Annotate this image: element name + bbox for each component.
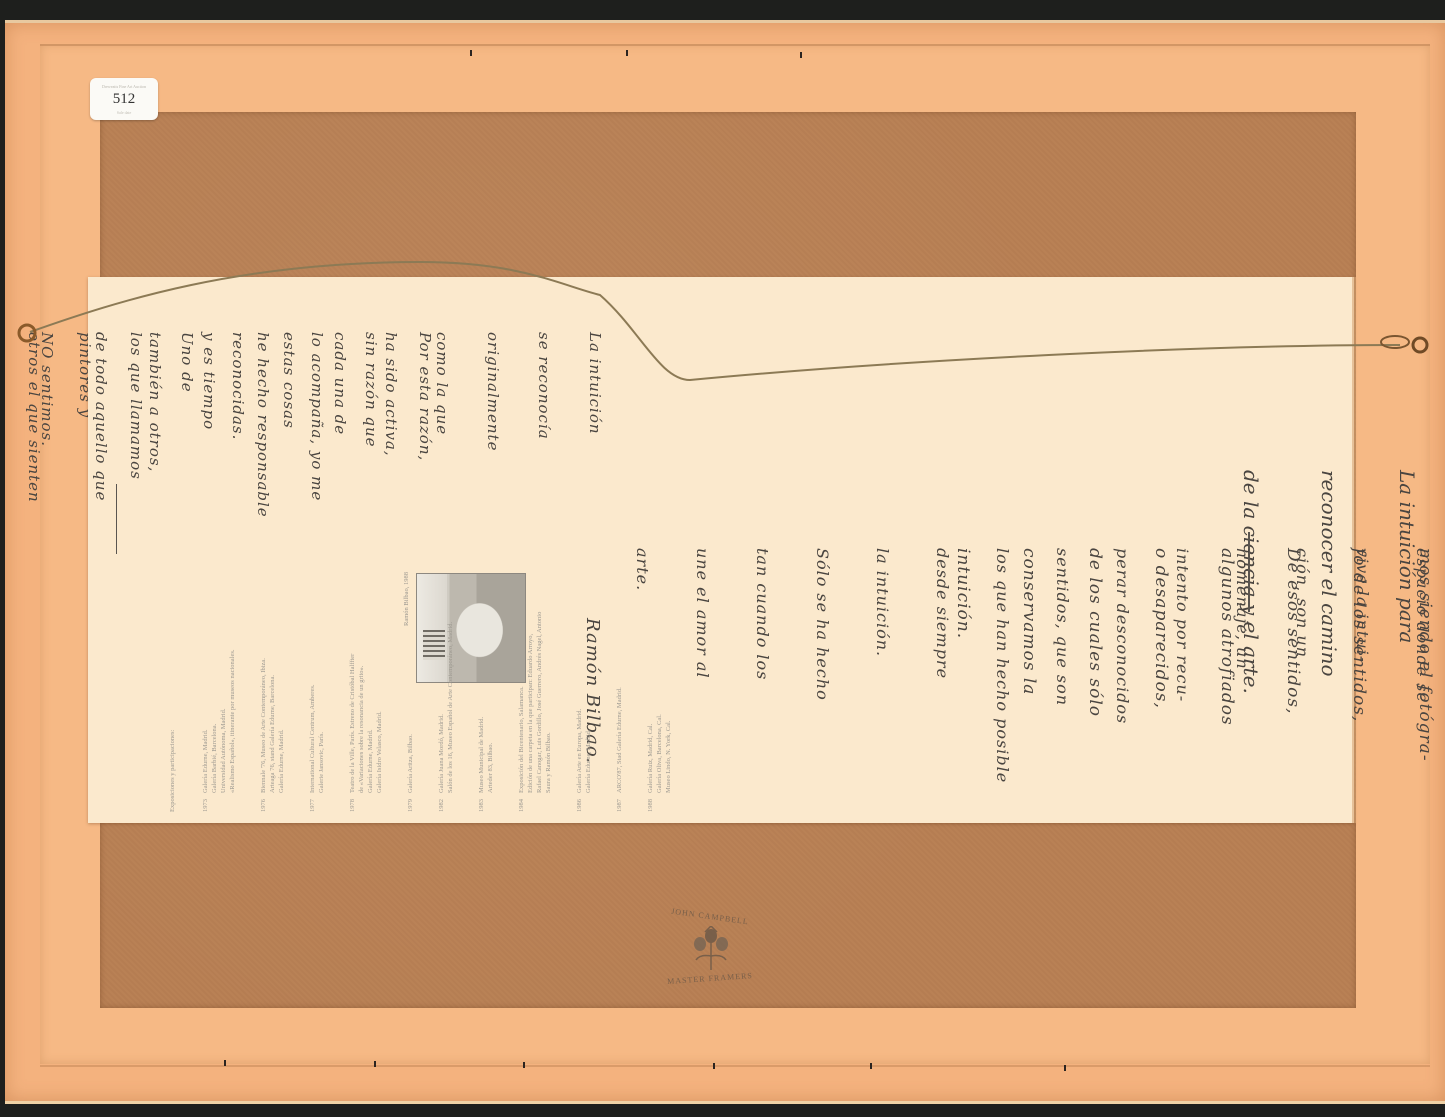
exhibition-year: 1977	[308, 799, 326, 812]
exhibition-year: 1988	[646, 799, 673, 812]
exhibition-entry: 1979 Galería Aritza, Bilbao.	[406, 572, 415, 812]
exhibition-year: 1976	[259, 799, 286, 812]
exhibition-year: 1979	[406, 799, 415, 812]
handwritten-line: se reconocía	[535, 332, 552, 554]
stamp-bottom-text: MASTER FRAMERS	[665, 971, 755, 986]
exhibition-year: 1973	[201, 799, 237, 812]
tack	[523, 1062, 525, 1068]
tack	[374, 1061, 376, 1067]
exhibition-text: Galería Ruiz, Madrid, Cal. Galería Oliva…	[646, 714, 673, 793]
tack	[626, 50, 628, 56]
handwritten-line: perar desconocidos	[1112, 548, 1132, 808]
handwritten-line: la intuición.	[872, 548, 892, 808]
exhibition-entry: 1986 Galería Arte en Europa, Madrid. Gal…	[575, 572, 593, 812]
handwritten-line: sentidos, que son	[1052, 548, 1072, 808]
handwritten-line: homenaje, un	[1232, 548, 1252, 808]
lot-label-footer: Sale date	[90, 110, 158, 115]
exhibition-heading: Exposiciones y participaciones:	[168, 572, 177, 812]
handwritten-line: intento por recu-	[1172, 548, 1192, 808]
handwritten-line: une el amor al	[692, 548, 712, 808]
exhibition-text: Museo Municipal de Madrid. Arteder 83, B…	[477, 717, 495, 793]
exhibition-entry: 1988 Galería Ruiz, Madrid, Cal. Galería …	[646, 572, 673, 812]
exhibition-entry: 1978 Teatro de la Ville, París. Estreno …	[348, 572, 384, 812]
tack	[470, 50, 472, 56]
exhibition-text: International Cultural Centrum, Amberes.…	[308, 685, 326, 794]
handwritten-line: también a otros,	[146, 332, 164, 554]
exhibition-text: Galería Juana Mordó, Madrid. Salón de lo…	[437, 622, 455, 793]
thistle-icon	[692, 926, 730, 970]
handwritten-line: ción, son un	[1292, 548, 1312, 808]
exhibition-text: Biennale '76, Museo de Arte Contemporáne…	[259, 658, 286, 793]
handwritten-line: espacio donde se	[1412, 548, 1432, 808]
tack	[224, 1060, 226, 1066]
handwritten-line: desde siempre	[932, 548, 952, 808]
framer-stamp: JOHN CAMPBELL MASTER FRAMERS	[665, 912, 755, 992]
exhibition-text: Exposición del Bicentenario, Salamanca. …	[517, 612, 553, 793]
lot-number: 512	[90, 91, 158, 108]
exhibition-year: 1983	[477, 799, 495, 812]
exhibition-entry: 1987 ARCO'87, Stad Galería Edurne, Madri…	[615, 572, 624, 812]
tape-edge-bottom	[40, 1065, 1430, 1067]
exhibition-text: Galería Aritza, Bilbao.	[406, 734, 415, 793]
exhibition-year: 1987	[615, 799, 624, 812]
exhibition-year: 1986	[575, 799, 593, 812]
exhibition-year: 1982	[437, 799, 455, 812]
exhibition-list: Exposiciones y participaciones: 1973 Gal…	[150, 572, 395, 812]
handwritten-line: tan cuando los	[752, 548, 772, 808]
handwritten-line: de todo aquello que	[92, 332, 110, 554]
handwritten-line: vive la intui-	[1352, 548, 1372, 808]
lot-label: Dreweatts Fine Art Auction 512 Sale date	[90, 78, 158, 120]
handwritten-line: sin razón que	[362, 332, 380, 554]
handwritten-line: Por esta razón,	[416, 332, 434, 554]
handwritten-line: lo acompaña, yo me	[308, 332, 326, 554]
exhibition-entry: 1982 Galería Juana Mordó, Madrid. Salón …	[437, 572, 455, 812]
tack	[870, 1063, 872, 1069]
handwritten-line: originalmente	[484, 332, 501, 554]
tack	[1064, 1065, 1066, 1071]
exhibition-text: Teatro de la Ville, París. Estreno de Cr…	[348, 654, 384, 793]
lot-label-header: Dreweatts Fine Art Auction	[90, 84, 158, 89]
statement-column-middle-right: Por eso, estos dibujos, que nos a unos h…	[612, 548, 1445, 808]
handwritten-line: Y es que ya,	[0, 332, 2, 554]
handwritten-line: La intuición	[586, 332, 603, 554]
handwritten-line: NO sentimos.	[38, 332, 56, 554]
tack	[800, 52, 802, 58]
statement-column-left: Por esta razón, sin razón que lo acompañ…	[300, 332, 470, 554]
handwritten-line: y es tiempo	[200, 332, 218, 554]
exhibition-entry: 1973 Galería Edurne, Madrid. Galería Bar…	[201, 572, 237, 812]
handwritten-line: he hecho responsable	[254, 332, 272, 554]
exhibition-text: Galería Edurne, Madrid. Galería Barbié, …	[201, 649, 237, 793]
tack	[713, 1063, 715, 1069]
exhibition-entry: 1983 Museo Municipal de Madrid. Arteder …	[477, 572, 495, 812]
exhibition-year: 1978	[348, 799, 384, 812]
exhibition-year: 1984	[517, 799, 553, 812]
divider-mark	[116, 484, 117, 554]
exhibition-entry: 1977 International Cultural Centrum, Amb…	[308, 572, 326, 812]
handwritten-line: Sólo se ha hecho	[812, 548, 832, 808]
exhibition-text: ARCO'87, Stad Galería Edurne, Madrid.	[615, 687, 624, 793]
exhibition-entry: 1984 Exposición del Bicentenario, Salama…	[517, 572, 553, 812]
handwritten-line: los que han hecho posible	[992, 548, 1012, 808]
tape-edge-top	[40, 44, 1430, 46]
exhibition-entry: 1976 Biennale '76, Museo de Arte Contemp…	[259, 572, 286, 812]
exhibition-text: Galería Arte en Europa, Madrid. Galería …	[575, 709, 593, 793]
